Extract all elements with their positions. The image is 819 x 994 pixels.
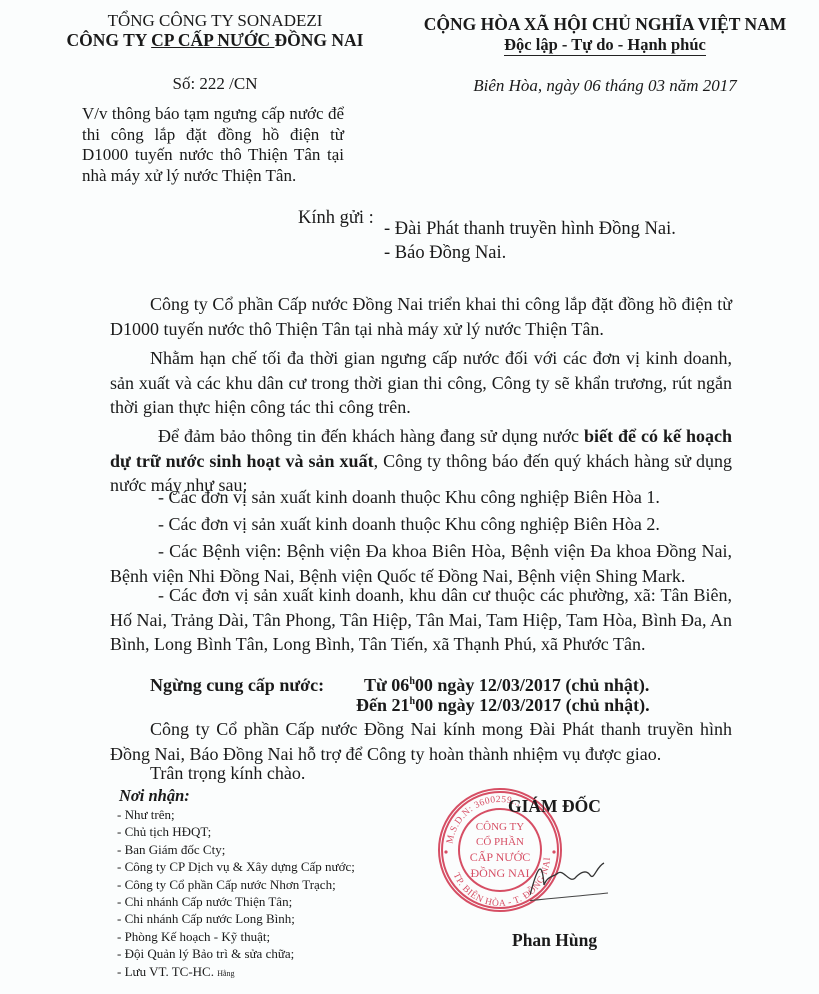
parent-organization: TỔNG CÔNG TY SONADEZI	[60, 11, 370, 31]
outage-label: Ngừng cung cấp nước:	[150, 675, 324, 696]
distribution-item: - Chủ tịch HĐQT;	[117, 823, 355, 840]
distribution-item: - Đội Quản lý Bảo trì & sửa chữa;	[117, 945, 355, 962]
outage-end-date: 00 ngày 12/03/2017 (chủ nhật).	[415, 695, 650, 715]
paragraph-text: Công ty Cổ phần Cấp nước Đồng Nai kính m…	[110, 717, 732, 766]
affected-area-item: - Các Bệnh viện: Bệnh viện Đa khoa Biên …	[110, 539, 732, 588]
national-title: CỘNG HÒA XÃ HỘI CHỦ NGHĨA VIỆT NAM	[420, 14, 790, 35]
recipient-item: - Đài Phát thanh truyền hình Đồng Nai.	[384, 219, 676, 240]
paragraph-text-start: Để đảm bảo thông tin đến khách hàng đang…	[158, 426, 584, 446]
org-name-underlined: CP CẤP NƯỚC	[151, 30, 274, 50]
org-name-suffix: ĐỒNG NAI	[274, 30, 363, 50]
affected-area-text: - Các đơn vị sản xuất kinh doanh thuộc K…	[110, 485, 732, 510]
distribution-item: - Phòng Kế hoạch - Kỹ thuật;	[117, 928, 355, 945]
clerk-initials: Hằng	[217, 969, 234, 978]
distribution-title: Nơi nhận:	[119, 786, 190, 806]
distribution-list: - Như trên; - Chủ tịch HĐQT; - Ban Giám …	[117, 806, 355, 982]
national-motto: Độc lập - Tự do - Hạnh phúc	[420, 35, 790, 55]
distribution-item-text: - Lưu VT. TC-HC.	[117, 964, 214, 979]
place-and-date: Biên Hòa, ngày 06 tháng 03 năm 2017	[420, 76, 790, 96]
svg-text:CÔNG TY: CÔNG TY	[476, 821, 524, 833]
closing-paragraph: Công ty Cổ phần Cấp nước Đồng Nai kính m…	[110, 717, 732, 766]
handwritten-signature-icon	[530, 855, 610, 905]
org-name-prefix: CÔNG TY	[67, 30, 152, 50]
distribution-item: - Ban Giám đốc Cty;	[117, 841, 355, 858]
distribution-item: - Như trên;	[117, 806, 355, 823]
outage-start-date: 00 ngày 12/03/2017 (chủ nhật).	[415, 675, 650, 695]
svg-text:CẤP NƯỚC: CẤP NƯỚC	[470, 849, 531, 864]
document-number: Số: 222 /CN	[60, 74, 370, 94]
recipient-item: - Báo Đồng Nai.	[384, 243, 506, 264]
body-paragraph: Công ty Cổ phần Cấp nước Đồng Nai triển …	[110, 292, 732, 341]
body-paragraph: Nhằm hạn chế tối đa thời gian ngưng cấp …	[110, 346, 732, 420]
outage-end: Đến 21h00 ngày 12/03/2017 (chủ nhật).	[356, 695, 650, 716]
recipients-label: Kính gửi :	[298, 208, 374, 229]
paragraph-text: Nhằm hạn chế tối đa thời gian ngưng cấp …	[110, 346, 732, 420]
affected-area-text: - Các đơn vị sản xuất kinh doanh thuộc K…	[110, 512, 732, 537]
signer-title: GIÁM ĐỐC	[508, 796, 601, 817]
paragraph-text: Công ty Cổ phần Cấp nước Đồng Nai triển …	[110, 292, 732, 341]
svg-text:CỔ PHẦN: CỔ PHẦN	[476, 835, 524, 848]
signer-name: Phan Hùng	[512, 930, 597, 951]
distribution-item: - Lưu VT. TC-HC. Hằng	[117, 963, 355, 982]
distribution-item: - Công ty CP Dịch vụ & Xây dựng Cấp nước…	[117, 858, 355, 875]
affected-area-text: - Các đơn vị sản xuất kinh doanh, khu dâ…	[110, 583, 732, 657]
organization-name: CÔNG TY CP CẤP NƯỚC ĐỒNG NAI	[60, 30, 370, 51]
distribution-item: - Công ty Cổ phần Cấp nước Nhơn Trạch;	[117, 876, 355, 893]
distribution-item: - Chi nhánh Cấp nước Thiện Tân;	[117, 893, 355, 910]
outage-start-hour: Từ 06	[364, 675, 409, 695]
motto-text: Độc lập - Tự do - Hạnh phúc	[504, 35, 706, 56]
distribution-item: - Chi nhánh Cấp nước Long Bình;	[117, 910, 355, 927]
affected-area-item: - Các đơn vị sản xuất kinh doanh, khu dâ…	[110, 583, 732, 657]
affected-area-item: - Các đơn vị sản xuất kinh doanh thuộc K…	[110, 512, 732, 537]
affected-area-item: - Các đơn vị sản xuất kinh doanh thuộc K…	[110, 485, 732, 510]
outage-start: Từ 06h00 ngày 12/03/2017 (chủ nhật).	[364, 675, 649, 696]
affected-area-text: - Các Bệnh viện: Bệnh viện Đa khoa Biên …	[110, 539, 732, 588]
svg-text:ĐỒNG NAI: ĐỒNG NAI	[471, 865, 530, 880]
greeting: Trân trọng kính chào.	[150, 763, 305, 784]
document-subject: V/v thông báo tạm ngưng cấp nước để thi …	[82, 104, 344, 186]
outage-end-hour: Đến 21	[356, 695, 410, 715]
